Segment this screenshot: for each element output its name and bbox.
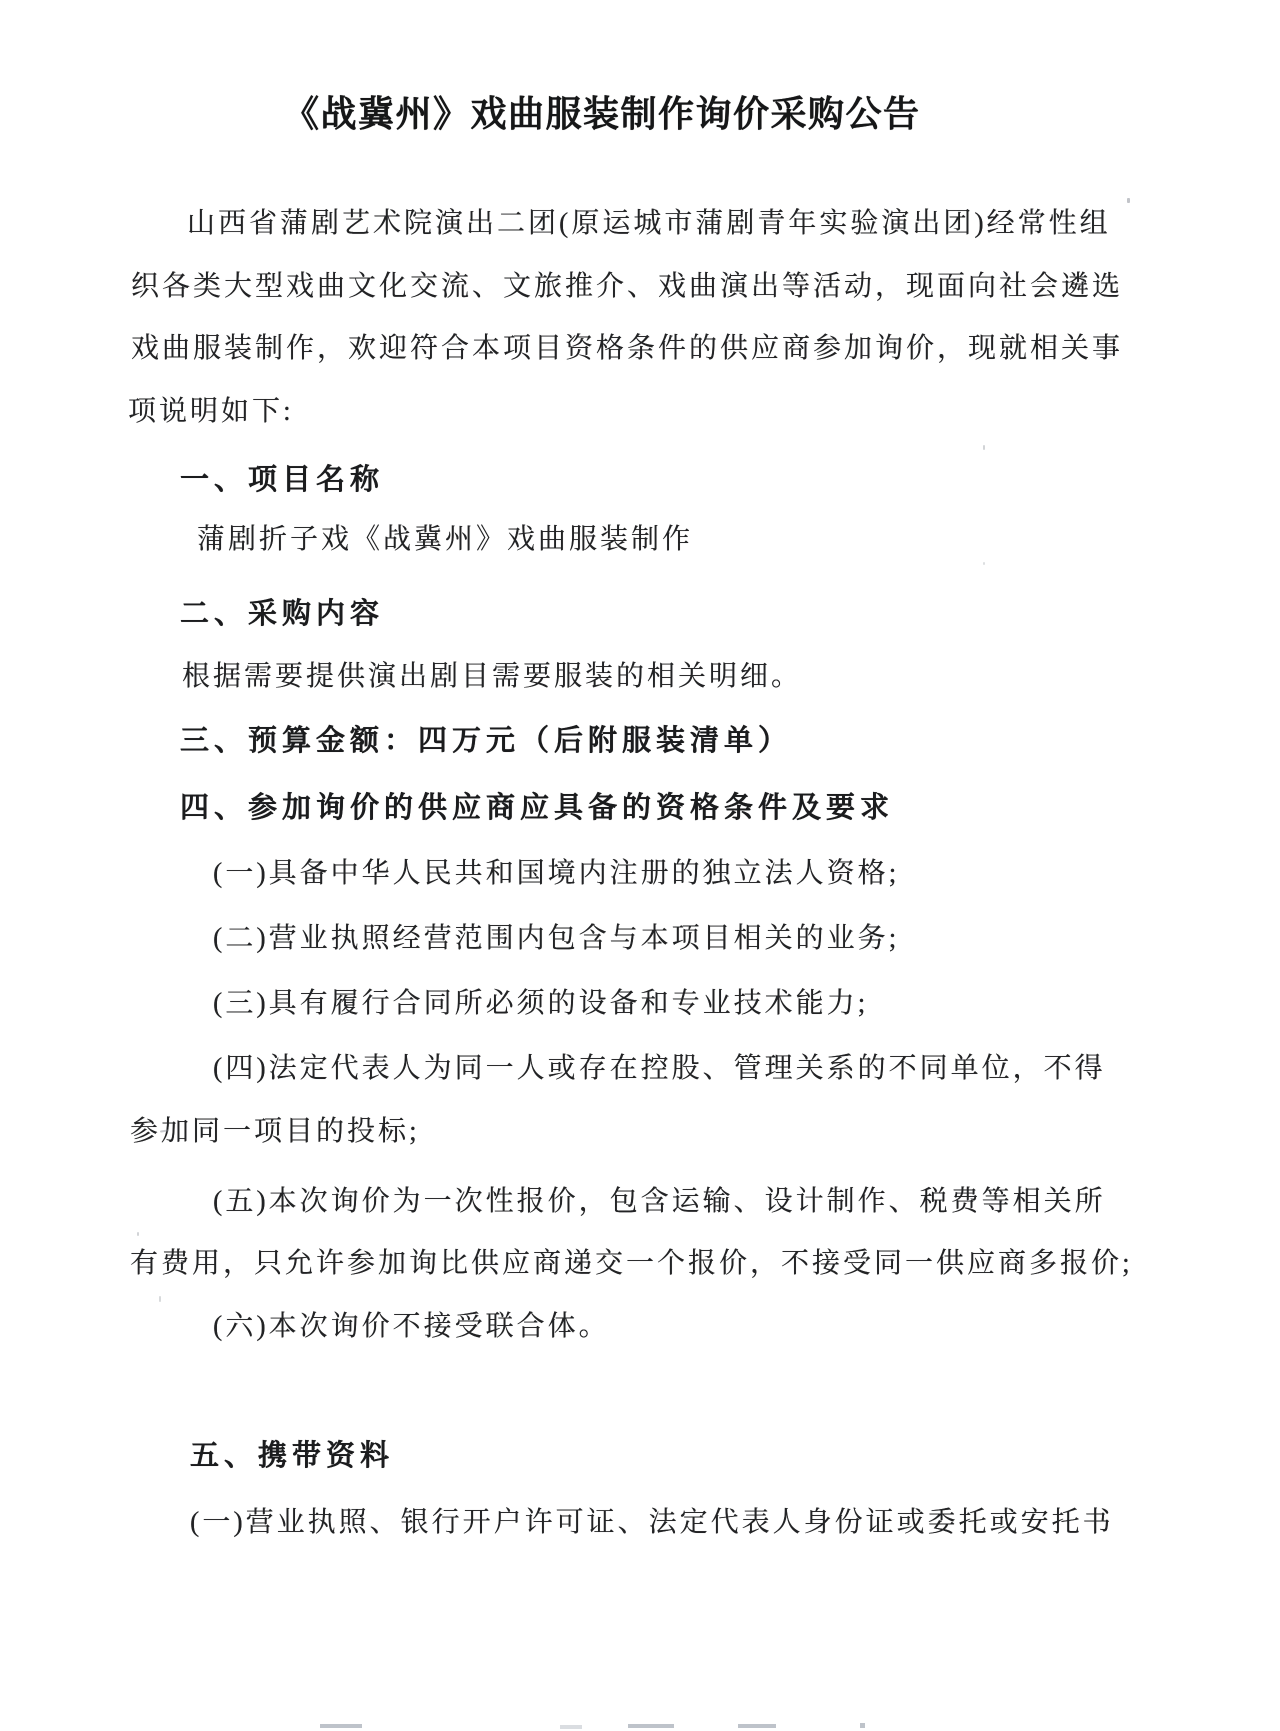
scan-speck (983, 445, 985, 450)
scan-edge-artifact (560, 1725, 582, 1729)
document-title: 《战冀州》戏曲服装制作询价采购公告 (283, 96, 921, 132)
section-5-item-1: (一)营业执照、银行开户许可证、法定代表人身份证或委托或安托书 (190, 1509, 1114, 1537)
scan-speck (137, 1232, 139, 1236)
section-4-item-5-line-2: 有费用，只允许参加询比供应商递交一个报价，不接受同一供应商多报价; (130, 1250, 1133, 1278)
section-4-item-4-line-2: 参加同一项目的投标; (130, 1118, 420, 1146)
scan-speck (159, 1296, 161, 1302)
scan-edge-artifact (738, 1724, 776, 1728)
section-2-heading: 二、采购内容 (180, 600, 384, 629)
intro-line-2: 织各类大型戏曲文化交流、文旅推介、戏曲演出等活动，现面向社会遴选 (131, 273, 1123, 301)
scan-speck (983, 562, 985, 565)
intro-line-3: 戏曲服装制作，欢迎符合本项目资格条件的供应商参加询价，现就相关事 (131, 335, 1123, 363)
scan-speck (1127, 198, 1130, 203)
scan-edge-artifact (320, 1724, 362, 1728)
section-2-body-line: 根据需要提供演出剧目需要服装的相关明细。 (182, 663, 802, 691)
section-4-item-1: (一)具备中华人民共和国境内注册的独立法人资格; (213, 860, 899, 888)
section-4-heading: 四、参加询价的供应商应具备的资格条件及要求 (180, 794, 894, 823)
section-4-item-3: (三)具有履行合同所必须的设备和专业技术能力; (213, 990, 868, 1018)
section-4-item-6: (六)本次询价不接受联合体。 (213, 1313, 610, 1341)
section-1-body-line: 蒲剧折子戏《战冀州》戏曲服装制作 (197, 526, 693, 554)
intro-line-1: 山西省蒲剧艺术院演出二团(原运城市蒲剧青年实验演出团)经常性组 (187, 210, 1111, 238)
section-1-heading: 一、项目名称 (180, 466, 384, 495)
section-4-item-2: (二)营业执照经营范围内包含与本项目相关的业务; (213, 925, 899, 953)
scanned-document-page: 《战冀州》戏曲服装制作询价采购公告 山西省蒲剧艺术院演出二团(原运城市蒲剧青年实… (0, 0, 1280, 1731)
section-4-item-4-line-1: (四)法定代表人为同一人或存在控股、管理关系的不同单位，不得 (213, 1055, 1106, 1083)
section-3-heading: 三、预算金额：四万元（后附服装清单） (180, 727, 792, 756)
scan-edge-artifact (628, 1724, 674, 1728)
section-5-heading: 五、携带资料 (190, 1442, 394, 1471)
intro-line-4: 项说明如下: (128, 398, 294, 426)
scan-edge-artifact (860, 1723, 865, 1728)
section-4-item-5-line-1: (五)本次询价为一次性报价，包含运输、设计制作、税费等相关所 (213, 1188, 1106, 1216)
